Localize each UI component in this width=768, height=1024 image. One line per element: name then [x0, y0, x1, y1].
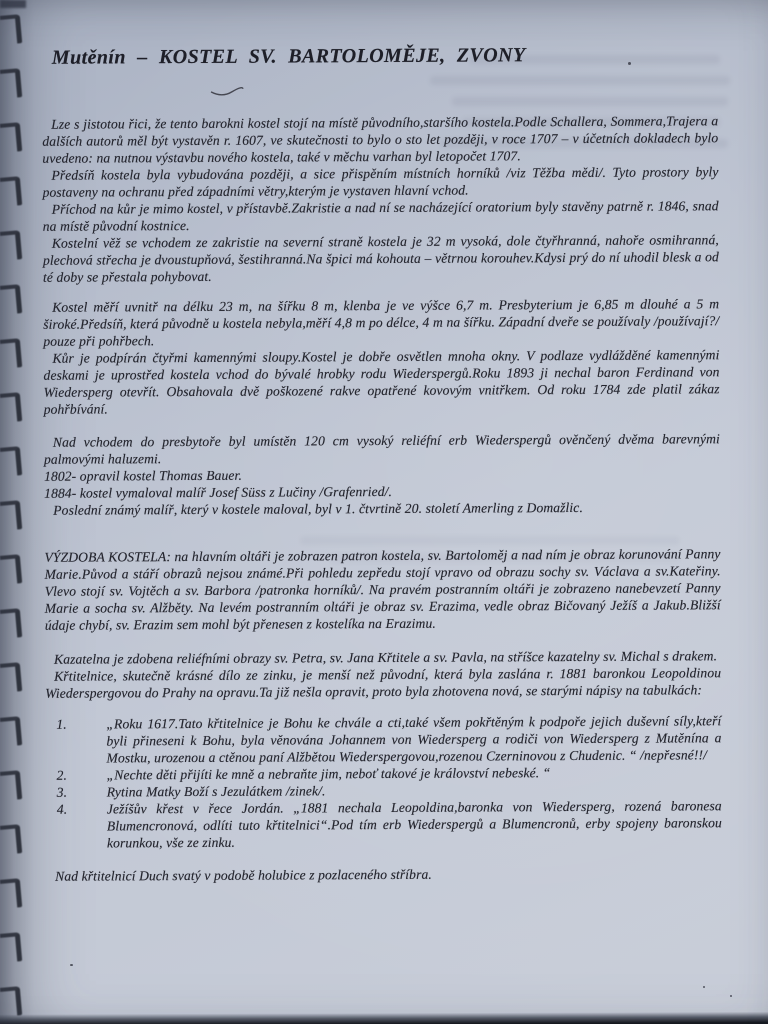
binder-ring-icon [0, 554, 22, 585]
inscription-list: 1. „Roku 1617.Tato křtitelnice je Bohu k… [45, 712, 722, 852]
page-bottom-edge [0, 1012, 768, 1024]
binder-ring-icon [0, 68, 22, 99]
binder-ring-icon [0, 446, 22, 477]
binder-ring-icon [0, 338, 22, 369]
page-title: Mutěnín – KOSTEL SV. BARTOLOMĚJE, ZVONY [52, 42, 718, 69]
paragraph-porch: Předsíň kostela byla vybudována později,… [42, 163, 718, 201]
paragraph-tower: Kostelní věž se vchodem ze zakristie na … [43, 231, 719, 286]
dust-speck [70, 964, 73, 966]
paragraph-baptismal-font: Křtitelnice, skutečně krásné dílo ze zin… [45, 664, 721, 702]
list-item: 1. „Roku 1617.Tato křtitelnice je Bohu k… [45, 712, 721, 767]
binder-ring-icon [0, 824, 22, 855]
binder-ring-icon [0, 122, 22, 153]
dust-speck [730, 995, 732, 997]
paragraph-relief: Nad vchodem do presbytoře byl umístěn 12… [44, 430, 720, 468]
list-item-number: 2. [57, 766, 107, 783]
paragraph-crypt: Kůr je podpírán čtyřmi kamennými sloupy.… [43, 346, 719, 418]
list-item-number: 3. [57, 783, 107, 800]
binder-ring-icon [0, 878, 22, 909]
paragraph-closing: Nad křtitelnicí Duch svatý v podobě holu… [46, 864, 722, 885]
binder-ring-icon [0, 770, 22, 801]
binder-ring-icon [0, 986, 22, 1017]
paragraph-decoration: VÝZDOBA KOSTELA: na hlavním oltáři je zo… [44, 545, 720, 634]
binding-rail [0, 0, 40, 1024]
binder-ring-icon [0, 230, 22, 261]
paragraph-intro: Lze s jistotou řici, že tento barokni ko… [42, 112, 718, 167]
line-last-painter: Poslední známý malíř, který v kostele ma… [44, 498, 720, 519]
binder-ring-icon [0, 392, 22, 423]
list-item: 4. Ježíšův křest v řece Jordán. „1881 ne… [46, 797, 722, 852]
binder-ring-icon [0, 176, 22, 207]
binder-ring-icon [0, 500, 22, 531]
pen-squiggle-mark [210, 87, 244, 97]
binder-ring-icon [0, 608, 22, 639]
binder-ring-icon [0, 716, 22, 747]
page-corner-shadow [0, 0, 26, 8]
paragraph-choir-access: Příchod na kůr je mimo kostel, v přístav… [43, 197, 719, 235]
binder-ring-icon [0, 14, 22, 45]
scanned-page: Mutěnín – KOSTEL SV. BARTOLOMĚJE, ZVONY … [0, 0, 768, 1024]
list-item-number: 4. [57, 800, 107, 851]
binder-ring-icon [0, 662, 22, 693]
paragraph-dimensions: Kostel měří uvnitř na délku 23 m, na šíř… [43, 295, 719, 350]
list-item-text: „Roku 1617.Tato křtitelnice je Bohu ke c… [106, 712, 721, 766]
dust-speck [703, 986, 705, 988]
binder-ring-icon [0, 932, 22, 963]
list-item-text: Ježíšův křest v řece Jordán. „1881 necha… [107, 797, 722, 851]
binder-ring-icon [0, 284, 22, 315]
document-body: Mutěnín – KOSTEL SV. BARTOLOMĚJE, ZVONY … [42, 42, 722, 885]
list-item-number: 1. [56, 715, 106, 766]
